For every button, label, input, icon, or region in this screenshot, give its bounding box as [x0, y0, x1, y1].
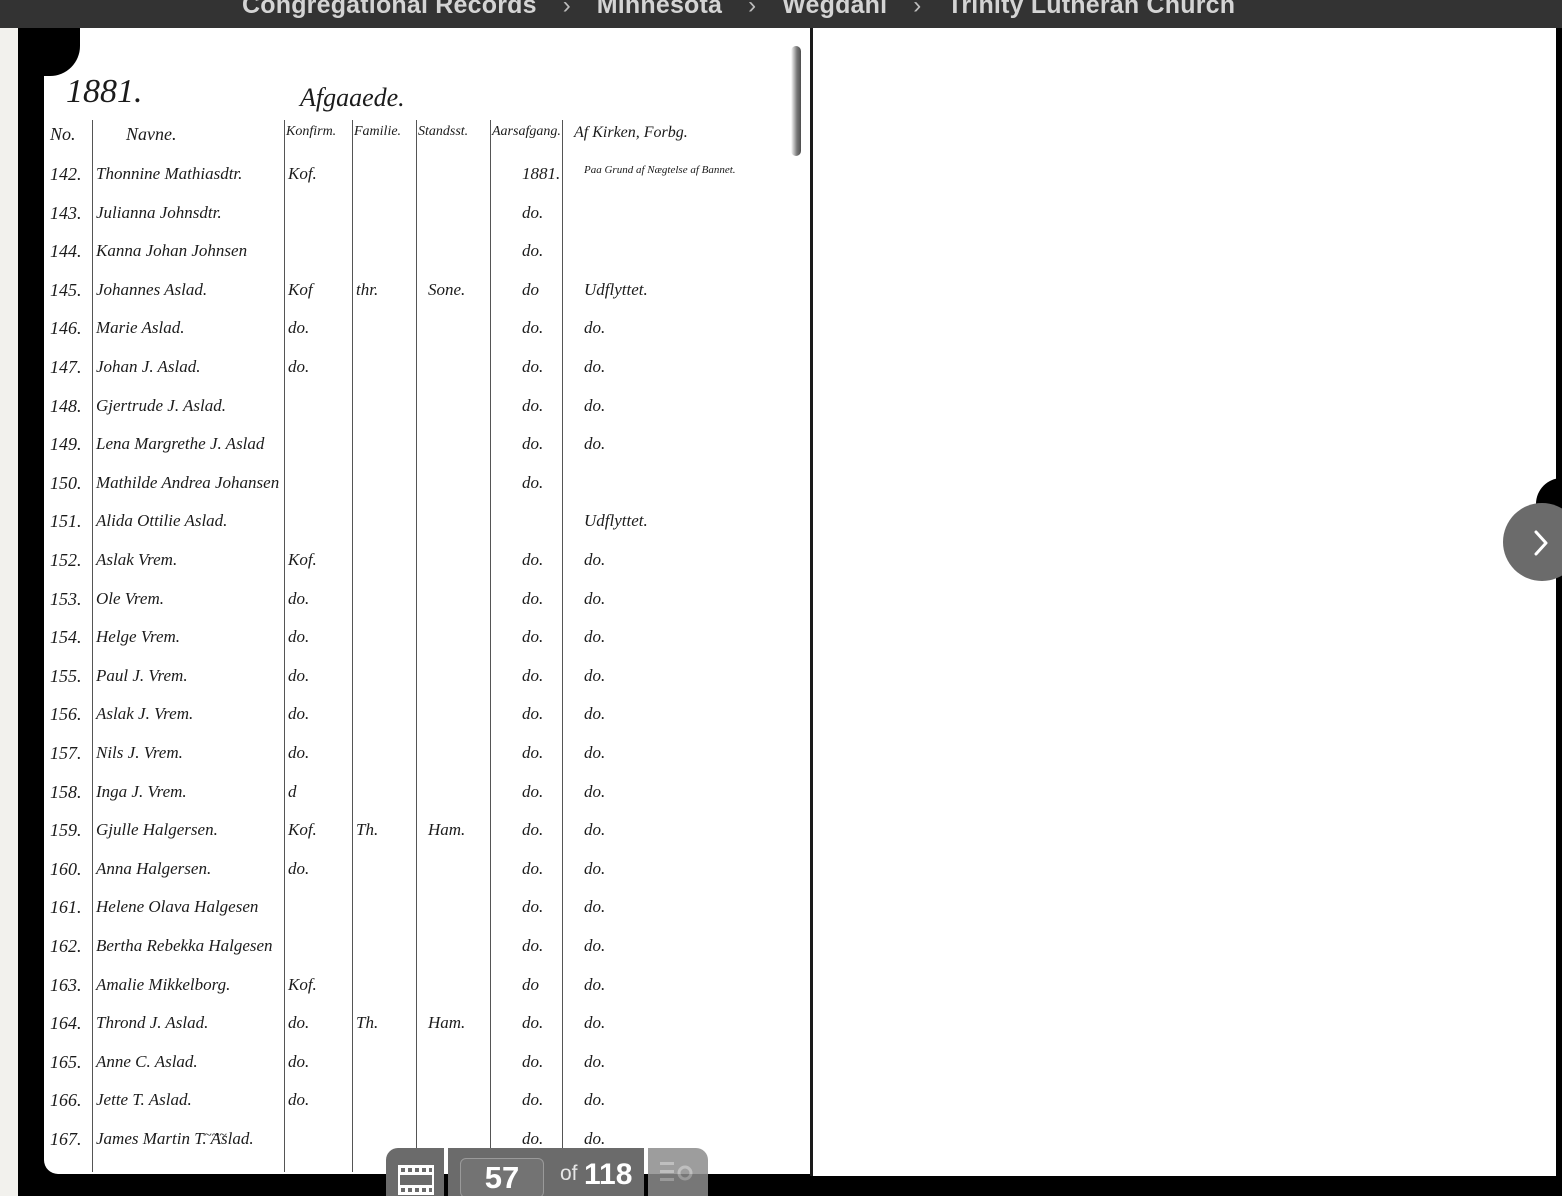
- ledger-cell-aflk: do.: [584, 975, 605, 995]
- list-view-icon: [660, 1160, 694, 1186]
- record-year: 1881.: [66, 73, 143, 111]
- ledger-cell-name: Mathilde Andrea Johansen: [96, 473, 279, 493]
- ledger-cell-konf: do.: [288, 357, 309, 377]
- ledger-cell-no: 150.: [50, 473, 82, 494]
- ledger-cell-no: 146.: [50, 318, 82, 339]
- filmstrip-button[interactable]: [386, 1148, 444, 1196]
- ledger-cell-name: Kanna Johan Johnsen: [96, 241, 247, 261]
- ledger-cell-aflk: Udflyttet.: [584, 511, 648, 531]
- ledger-cell-name: Bertha Rebekka Halgesen: [96, 936, 273, 956]
- ledger-cell-aar: do.: [522, 859, 543, 879]
- ledger-cell-aflk: do.: [584, 1052, 605, 1072]
- ledger-cell-name: Lena Margrethe J. Aslad: [96, 434, 264, 454]
- ledger-cell-name: Anne C. Aslad.: [96, 1052, 198, 1072]
- ledger-cell-no: 163.: [50, 975, 82, 996]
- left-gutter: [0, 28, 18, 1196]
- ledger-cell-no: 142.: [50, 164, 82, 185]
- breadcrumb-congregational-records[interactable]: Congregational Records: [242, 0, 537, 20]
- ledger-cell-name: Jette T. Aslad.: [96, 1090, 192, 1110]
- ledger-cell-aflk: do.: [584, 1129, 605, 1149]
- ledger-cell-aflk: do.: [584, 357, 605, 377]
- column-header-konfirm: Konfirm.: [286, 124, 336, 140]
- ledger-cell-name: Julianna Johnsdtr.: [96, 203, 222, 223]
- ledger-cell-name: Paul J. Vrem.: [96, 666, 188, 686]
- ledger-cell-aflk: do.: [584, 936, 605, 956]
- top-bar: Congregational Records › Minnesota › Weg…: [0, 0, 1562, 28]
- ledger-cell-aar: do.: [522, 318, 543, 338]
- ledger-cell-aflk: do.: [584, 396, 605, 416]
- ledger-cell-name: Gjertrude J. Aslad.: [96, 396, 226, 416]
- ledger-cell-name: Alida Ottilie Aslad.: [96, 511, 227, 531]
- ledger-cell-konf: Kof.: [288, 550, 317, 570]
- ledger-cell-konf: do.: [288, 859, 309, 879]
- ledger-cell-aar: do.: [522, 241, 543, 261]
- page-number-input[interactable]: 57: [460, 1158, 544, 1196]
- list-view-button[interactable]: [648, 1148, 708, 1196]
- ledger-cell-aar: do.: [522, 1013, 543, 1033]
- record-title: Afgaaede.: [300, 83, 405, 113]
- ledger-cell-no: 152.: [50, 550, 82, 571]
- ledger-cell-no: 154.: [50, 627, 82, 648]
- filmstrip-icon: [397, 1164, 435, 1196]
- ledger-cell-aar: do.: [522, 1129, 543, 1149]
- ledger-cell-aar: do.: [522, 203, 543, 223]
- breadcrumb-minnesota[interactable]: Minnesota: [597, 0, 722, 20]
- ledger-cell-aflk: do.: [584, 550, 605, 570]
- ledger-cell-name: Amalie Mikkelborg.: [96, 975, 230, 995]
- ledger-cell-aar: do.: [522, 782, 543, 802]
- ledger-cell-name: James Martin T. Aslad.: [96, 1129, 254, 1149]
- total-pages: 118: [584, 1158, 632, 1192]
- ledger-cell-no: 145.: [50, 280, 82, 301]
- breadcrumb: Congregational Records › Minnesota › Weg…: [242, 0, 1235, 20]
- chevron-right-icon: [1533, 530, 1549, 556]
- ledger-cell-name: Helene Olava Halgesen: [96, 897, 258, 917]
- ledger-cell-aar: do.: [522, 1090, 543, 1110]
- ledger-cell-no: 153.: [50, 589, 82, 610]
- ledger-cell-aflk: do.: [584, 666, 605, 686]
- ledger-cell-no: 155.: [50, 666, 82, 687]
- breadcrumb-separator-icon: ›: [913, 0, 921, 20]
- ledger-cell-no: 159.: [50, 820, 82, 841]
- ledger-cell-name: Marie Aslad.: [96, 318, 184, 338]
- ledger-cell-no: 144.: [50, 241, 82, 262]
- ledger-row: 153.Ole Vrem.do.do.do.: [44, 581, 810, 620]
- ledger-cell-aflk: do.: [584, 1013, 605, 1033]
- ledger-cell-name: Gjulle Halgersen.: [96, 820, 218, 840]
- column-header-aarsafgang: Aarsafgang.: [492, 124, 561, 140]
- ledger-cell-aar: do.: [522, 357, 543, 377]
- column-header-standsst: Standsst.: [418, 124, 468, 140]
- ledger-cell-name: Johan J. Aslad.: [96, 357, 201, 377]
- ledger-cell-konf: d: [288, 782, 297, 802]
- column-header-af-kirken: Af Kirken, Forbg.: [574, 124, 688, 142]
- ledger-cell-no: 158.: [50, 782, 82, 803]
- of-label: of: [560, 1162, 578, 1186]
- ledger-cell-aflk: do.: [584, 1090, 605, 1110]
- ledger-row: 155.Paul J. Vrem.do.do.do.: [44, 658, 810, 697]
- ledger-cell-no: 161.: [50, 897, 82, 918]
- ledger-row: 154.Helge Vrem.do.do.do.: [44, 619, 810, 658]
- ledger-row: 150.Mathilde Andrea Johansendo.: [44, 465, 810, 504]
- ledger-cell-no: 162.: [50, 936, 82, 957]
- ledger-cell-stand: Sone.: [428, 280, 465, 300]
- ledger-row: 152.Aslak Vrem.Kof.do.do.: [44, 542, 810, 581]
- ledger-cell-name: Thonnine Mathiasdtr.: [96, 164, 242, 184]
- ledger-row: 159.Gjulle Halgersen.Kof.Th.Ham.do.do.: [44, 812, 810, 851]
- ledger-cell-aflk: do.: [584, 859, 605, 879]
- ledger-cell-name: Ole Vrem.: [96, 589, 164, 609]
- ledger-cell-stand: Ham.: [428, 1013, 465, 1033]
- ledger-cell-konf: do.: [288, 1013, 309, 1033]
- ledger-cell-fam: Th.: [356, 820, 378, 840]
- ledger-row: 157.Nils J. Vrem.do.do.do.: [44, 735, 810, 774]
- ledger-cell-no: 148.: [50, 396, 82, 417]
- ledger-cell-no: 156.: [50, 704, 82, 725]
- ledger-row: 164.Thrond J. Aslad.do.Th.Ham.do.do.: [44, 1005, 810, 1044]
- breadcrumb-wegdahl[interactable]: Wegdahl: [782, 0, 887, 20]
- ledger-row: 160.Anna Halgersen.do.do.do.: [44, 851, 810, 890]
- ledger-cell-konf: Kof.: [288, 164, 317, 184]
- ledger-cell-aflk: do.: [584, 782, 605, 802]
- ledger-cell-aar: do.: [522, 666, 543, 686]
- ledger-cell-aar: do.: [522, 820, 543, 840]
- ledger-row: 156.Aslak J. Vrem.do.do.do.: [44, 696, 810, 735]
- ledger-row: 163.Amalie Mikkelborg.Kof.dodo.: [44, 967, 810, 1006]
- ledger-cell-aar: do.: [522, 434, 543, 454]
- ledger-cell-konf: do.: [288, 589, 309, 609]
- ledger-cell-aflk: do.: [584, 318, 605, 338]
- ledger-cell-fam: thr.: [356, 280, 378, 300]
- ledger-cell-aar: 1881.: [522, 164, 560, 184]
- ledger-cell-aar: do.: [522, 627, 543, 647]
- ledger-cell-no: 143.: [50, 203, 82, 224]
- ledger-cell-aflk: do.: [584, 589, 605, 609]
- ledger-cell-aflk: do.: [584, 820, 605, 840]
- ledger-row: 142.Thonnine Mathiasdtr.Kof.1881.Paa Gru…: [44, 156, 810, 195]
- ledger-cell-aar: do.: [522, 743, 543, 763]
- image-pager: 57 of 118: [386, 1148, 708, 1196]
- ledger-cell-aar: do.: [522, 550, 543, 570]
- ledger-cell-aflk: Paa Grund af Nægtelse af Bannet.: [584, 164, 736, 176]
- ledger-row: 165.Anne C. Aslad.do.do.do.: [44, 1044, 810, 1083]
- ledger-cell-konf: do.: [288, 704, 309, 724]
- ledger-cell-aflk: do.: [584, 704, 605, 724]
- ledger-cell-konf: Kof.: [288, 975, 317, 995]
- column-header-no: No.: [50, 124, 76, 145]
- ledger-page-right-blank: [810, 28, 1556, 1176]
- ledger-row: 158.Inga J. Vrem.ddo.do.: [44, 774, 810, 813]
- ledger-cell-no: 160.: [50, 859, 82, 880]
- ledger-cell-aar: do.: [522, 589, 543, 609]
- ledger-row: 148.Gjertrude J. Aslad.do.do.: [44, 388, 810, 427]
- ledger-row: 151.Alida Ottilie Aslad.Udflyttet.: [44, 503, 810, 542]
- ledger-cell-name: Helge Vrem.: [96, 627, 180, 647]
- end-flourish: ~~~: [204, 1128, 227, 1144]
- breadcrumb-separator-icon: ›: [563, 0, 571, 20]
- ledger-row: 161.Helene Olava Halgesendo.do.: [44, 889, 810, 928]
- ledger-cell-no: 147.: [50, 357, 82, 378]
- ledger-cell-aflk: do.: [584, 434, 605, 454]
- ledger-cell-aar: do: [522, 975, 539, 995]
- ledger-cell-aar: do.: [522, 473, 543, 493]
- ledger-row: 162.Bertha Rebekka Halgesendo.do.: [44, 928, 810, 967]
- ledger-content: 1881. Afgaaede. No. Navne. Konfirm. Fami…: [44, 28, 810, 1174]
- column-header-familie: Familie.: [354, 124, 401, 140]
- ledger-cell-aar: do.: [522, 704, 543, 724]
- ledger-cell-fam: Th.: [356, 1013, 378, 1033]
- ledger-cell-konf: Kof: [288, 280, 313, 300]
- column-header-name: Navne.: [126, 124, 176, 145]
- ledger-cell-name: Johannes Aslad.: [96, 280, 207, 300]
- ledger-cell-aflk: do.: [584, 743, 605, 763]
- ledger-cell-konf: do.: [288, 318, 309, 338]
- ledger-cell-name: Anna Halgersen.: [96, 859, 211, 879]
- ledger-cell-konf: do.: [288, 743, 309, 763]
- ledger-cell-aflk: do.: [584, 627, 605, 647]
- ledger-cell-konf: do.: [288, 1090, 309, 1110]
- ledger-cell-no: 149.: [50, 434, 82, 455]
- ledger-cell-name: Nils J. Vrem.: [96, 743, 183, 763]
- ledger-cell-aar: do.: [522, 936, 543, 956]
- ledger-row: 143.Julianna Johnsdtr.do.: [44, 195, 810, 234]
- ledger-cell-konf: do.: [288, 1052, 309, 1072]
- ledger-cell-name: Aslak Vrem.: [96, 550, 177, 570]
- ledger-cell-konf: do.: [288, 666, 309, 686]
- breadcrumb-separator-icon: ›: [748, 0, 756, 20]
- breadcrumb-trinity-lutheran-church[interactable]: Trinity Lutheran Church: [947, 0, 1235, 20]
- ledger-cell-konf: Kof.: [288, 820, 317, 840]
- ledger-cell-aar: do.: [522, 897, 543, 917]
- page-navigation: 57 of 118: [448, 1148, 644, 1196]
- ledger-cell-no: 166.: [50, 1090, 82, 1111]
- ledger-cell-aar: do.: [522, 396, 543, 416]
- ledger-cell-no: 151.: [50, 511, 82, 532]
- ledger-row: 145.Johannes Aslad.Kofthr.Sone.doUdflytt…: [44, 272, 810, 311]
- ledger-cell-name: Inga J. Vrem.: [96, 782, 187, 802]
- ledger-cell-aflk: do.: [584, 897, 605, 917]
- ledger-cell-no: 165.: [50, 1052, 82, 1073]
- ledger-row: 149.Lena Margrethe J. Asladdo.do.: [44, 426, 810, 465]
- ledger-row: 147.Johan J. Aslad.do.do.do.: [44, 349, 810, 388]
- ledger-cell-no: 167.: [50, 1129, 82, 1150]
- ledger-row: 166.Jette T. Aslad.do.do.do.: [44, 1082, 810, 1121]
- ledger-cell-konf: do.: [288, 627, 309, 647]
- ledger-cell-no: 157.: [50, 743, 82, 764]
- ledger-cell-stand: Ham.: [428, 820, 465, 840]
- ledger-cell-name: Aslak J. Vrem.: [96, 704, 193, 724]
- ledger-cell-no: 164.: [50, 1013, 82, 1034]
- ledger-cell-aar: do: [522, 280, 539, 300]
- ledger-row: 144.Kanna Johan Johnsendo.: [44, 233, 810, 272]
- ledger-cell-aar: do.: [522, 1052, 543, 1072]
- ledger-row: 146.Marie Aslad.do.do.do.: [44, 310, 810, 349]
- ledger-cell-name: Thrond J. Aslad.: [96, 1013, 208, 1033]
- ledger-cell-aflk: Udflyttet.: [584, 280, 648, 300]
